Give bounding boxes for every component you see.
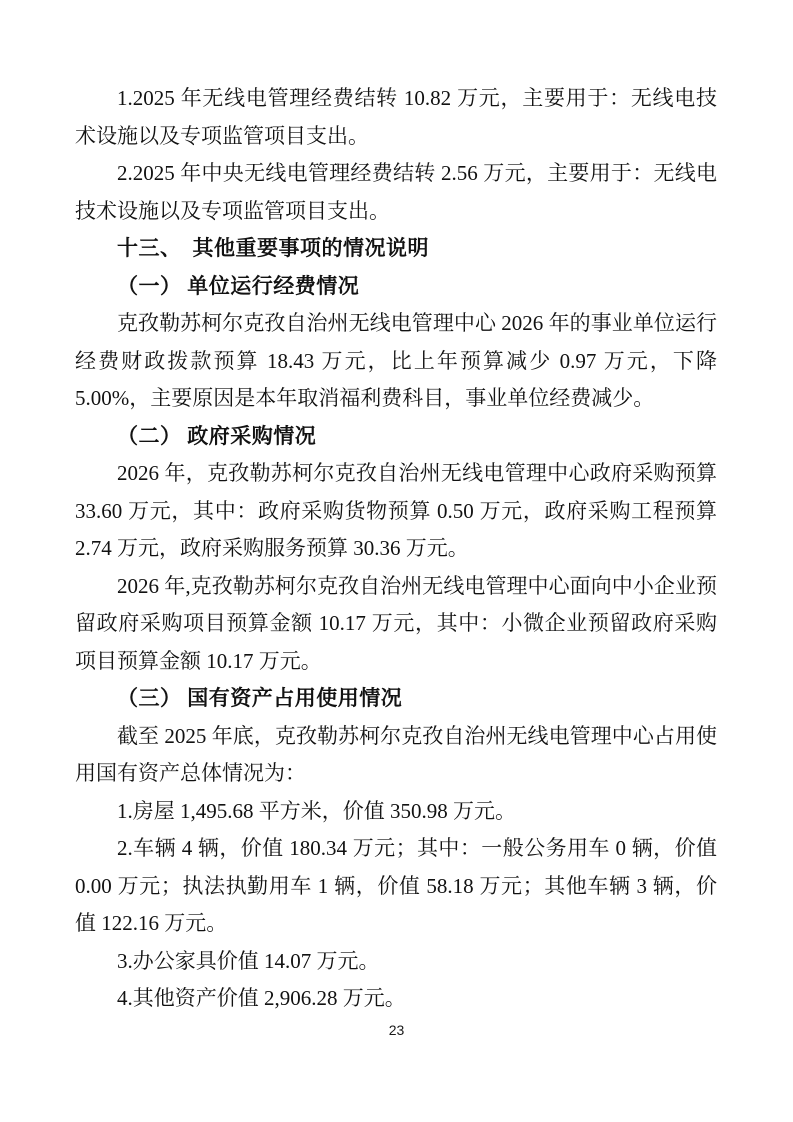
section-13-heading: 十三、 其他重要事项的情况说明 bbox=[75, 230, 717, 268]
paragraph-procurement-sme: 2026 年,克孜勒苏柯尔克孜自治州无线电管理中心面向中小企业预留政府采购项目预… bbox=[75, 568, 717, 681]
subsection-2-heading: （二） 政府采购情况 bbox=[75, 418, 717, 456]
paragraph-procurement-budget: 2026 年，克孜勒苏柯尔克孜自治州无线电管理中心政府采购预算 33.60 万元… bbox=[75, 455, 717, 568]
asset-item-housing: 1.房屋 1,495.68 平方米，价值 350.98 万元。 bbox=[75, 793, 717, 831]
document-page: 1.2025 年无线电管理经费结转 10.82 万元，主要用于：无线电技术设施以… bbox=[0, 0, 793, 1122]
page-number: 23 bbox=[389, 1022, 405, 1038]
paragraph-operating-funds: 克孜勒苏柯尔克孜自治州无线电管理中心 2026 年的事业单位运行经费财政拨款预算… bbox=[75, 305, 717, 418]
asset-item-other: 4.其他资产价值 2,906.28 万元。 bbox=[75, 980, 717, 1018]
paragraph-carryover-2: 2.2025 年中央无线电管理经费结转 2.56 万元，主要用于：无线电技术设施… bbox=[75, 155, 717, 230]
asset-item-furniture: 3.办公家具价值 14.07 万元。 bbox=[75, 943, 717, 981]
paragraph-state-assets-intro: 截至 2025 年底，克孜勒苏柯尔克孜自治州无线电管理中心占用使用国有资产总体情… bbox=[75, 718, 717, 793]
paragraph-carryover-1: 1.2025 年无线电管理经费结转 10.82 万元，主要用于：无线电技术设施以… bbox=[75, 80, 717, 155]
subsection-3-heading: （三） 国有资产占用使用情况 bbox=[75, 680, 717, 718]
subsection-1-heading: （一） 单位运行经费情况 bbox=[75, 268, 717, 306]
page-footer: 23 bbox=[0, 1022, 793, 1038]
document-content: 1.2025 年无线电管理经费结转 10.82 万元，主要用于：无线电技术设施以… bbox=[75, 80, 717, 1018]
asset-item-vehicles: 2.车辆 4 辆，价值 180.34 万元；其中：一般公务用车 0 辆，价值 0… bbox=[75, 830, 717, 943]
